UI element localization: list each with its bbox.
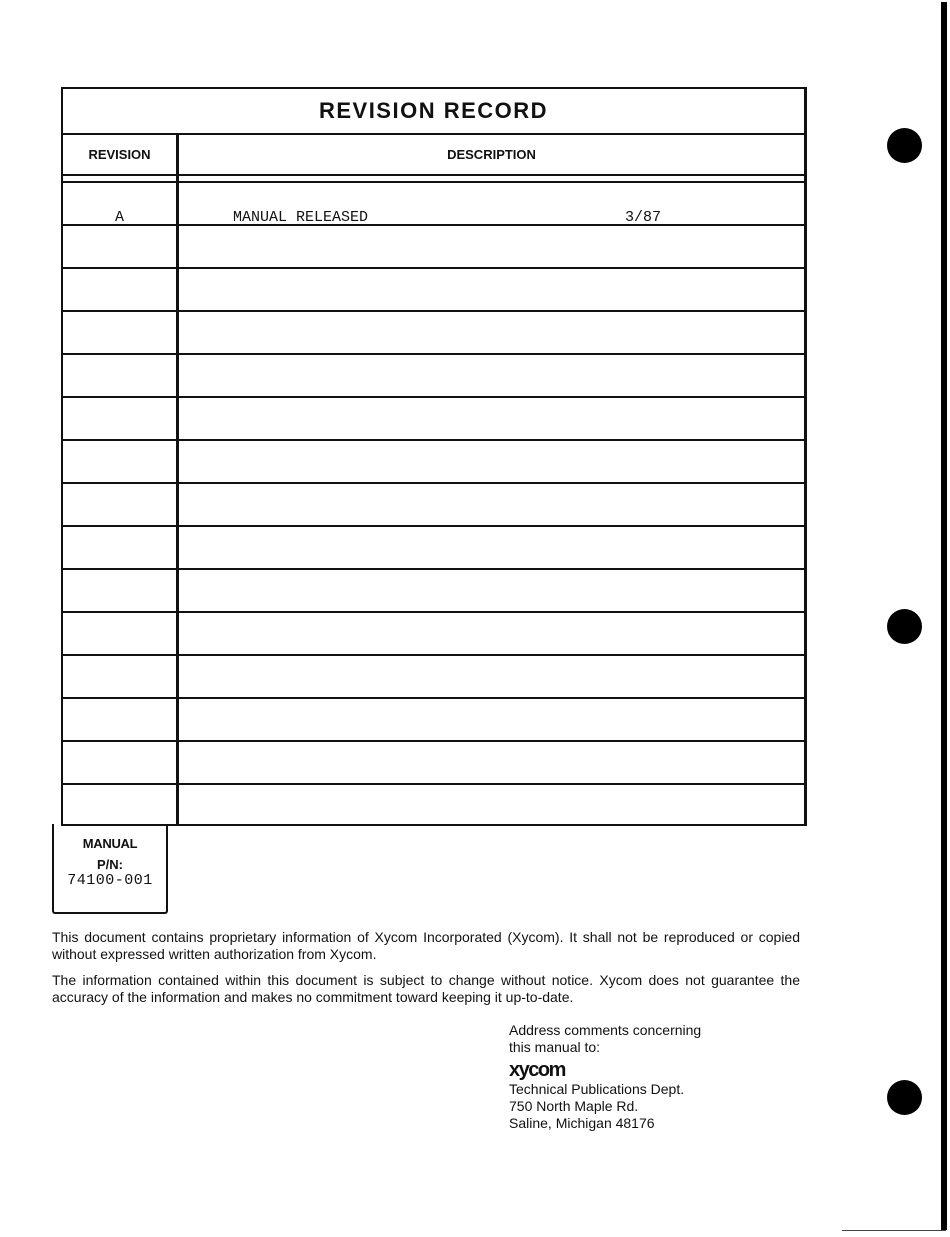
xycom-logo: xycom — [509, 1059, 701, 1081]
table-row — [63, 224, 804, 226]
table-row — [63, 525, 804, 527]
table-row — [63, 439, 804, 441]
address-intro-line: Address comments concerning — [509, 1022, 701, 1039]
address-intro-line: this manual to: — [509, 1039, 701, 1056]
revision-record-table: REVISION RECORD REVISION DESCRIPTION A M… — [61, 87, 807, 826]
manual-label: MANUAL — [54, 836, 166, 851]
table-title-row: REVISION RECORD — [63, 89, 804, 135]
manual-part-number-box: MANUAL P/N: 74100-001 — [52, 824, 168, 914]
address-city: Saline, Michigan 48176 — [509, 1115, 701, 1132]
proprietary-notice: This document contains proprietary infor… — [52, 929, 800, 963]
column-header-description: DESCRIPTION — [179, 133, 804, 175]
binder-hole-icon — [887, 1080, 922, 1115]
table-row — [63, 482, 804, 484]
table-row — [63, 740, 804, 742]
table-row — [63, 310, 804, 312]
address-block: Address comments concerning this manual … — [509, 1022, 701, 1132]
table-row — [63, 396, 804, 398]
table-row — [63, 783, 804, 785]
page-bottom-rule — [842, 1230, 946, 1231]
table-row — [63, 353, 804, 355]
binder-hole-icon — [887, 128, 922, 163]
address-street: 750 North Maple Rd. — [509, 1098, 701, 1115]
address-dept: Technical Publications Dept. — [509, 1081, 701, 1098]
part-number-label: P/N: — [54, 857, 166, 872]
header-rule — [63, 181, 804, 183]
column-header-revision: REVISION — [63, 133, 176, 175]
header-rule — [63, 174, 804, 176]
change-notice: The information contained within this do… — [52, 972, 800, 1006]
table-row — [63, 611, 804, 613]
part-number-value: 74100-001 — [54, 872, 166, 889]
page-edge-bar — [941, 2, 947, 1230]
table-row — [63, 654, 804, 656]
column-divider — [176, 133, 179, 824]
page-title: REVISION RECORD — [319, 98, 548, 124]
table-row — [63, 568, 804, 570]
binder-hole-icon — [887, 609, 922, 644]
table-row — [63, 697, 804, 699]
table-row — [63, 267, 804, 269]
